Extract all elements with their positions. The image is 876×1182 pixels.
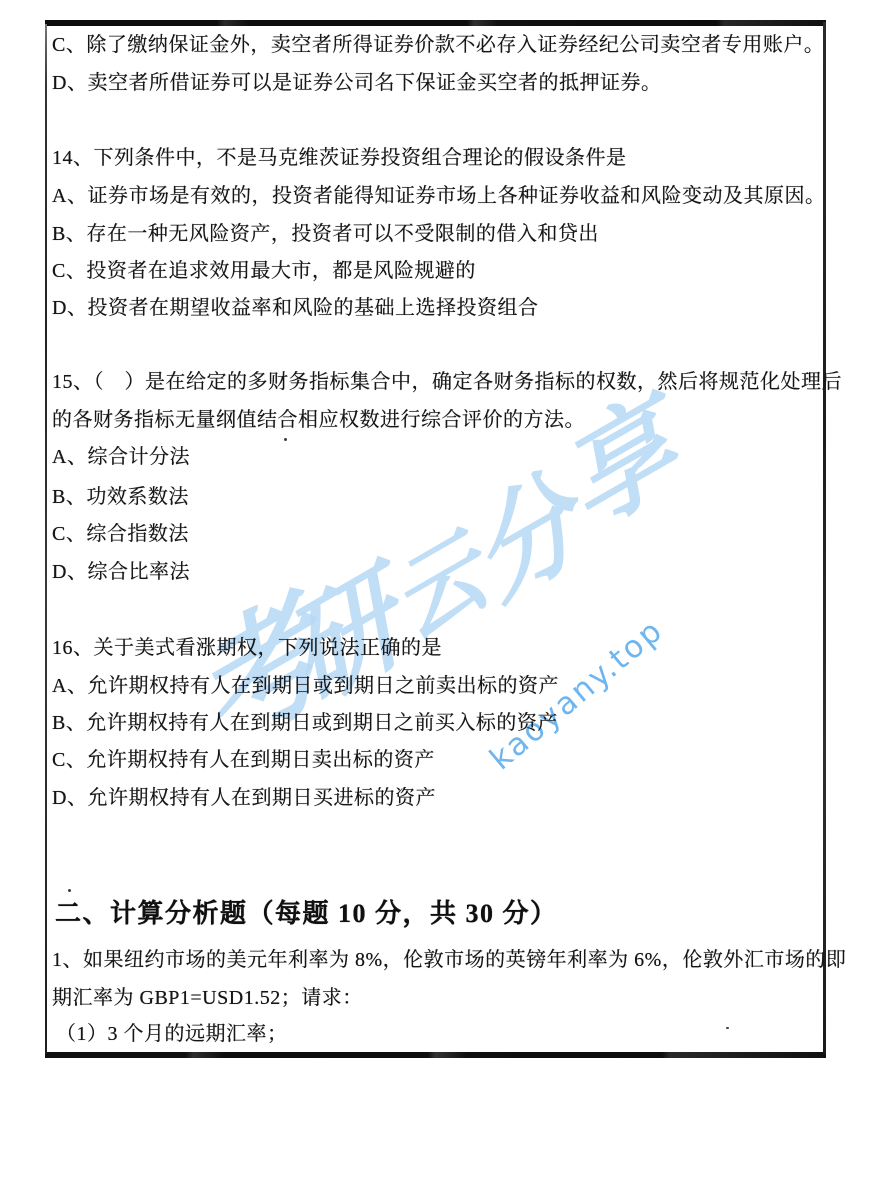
q14-option-c: C、投资者在追求效用最大市，都是风险规避的 bbox=[52, 259, 476, 283]
q15-stem-line1: 15、（ ）是在给定的多财务指标集合中，确定各财务指标的权数，然后将规范化处理后 bbox=[52, 370, 842, 394]
exam-content: C、除了缴纳保证金外，卖空者所得证券价款不必存入证券经纪公司卖空者专用账户。 D… bbox=[0, 0, 876, 1182]
q14-option-d: D、投资者在期望收益率和风险的基础上选择投资组合 bbox=[52, 296, 538, 320]
q15-option-a: A、综合计分法 bbox=[52, 445, 190, 469]
q13-option-c: C、除了缴纳保证金外，卖空者所得证券价款不必存入证券经纪公司卖空者专用账户。 bbox=[52, 33, 824, 57]
q14-option-a: A、证券市场是有效的，投资者能得知证券市场上各种证券收益和风险变动及其原因。 bbox=[52, 184, 825, 208]
q15-option-c: C、综合指数法 bbox=[52, 522, 189, 546]
q13-option-d: D、卖空者所借证券可以是证券公司名下保证金买空者的抵押证券。 bbox=[52, 71, 661, 95]
q15-stem-line2: 的各财务指标无量纲值结合相应权数进行综合评价的方法。 bbox=[52, 408, 585, 432]
q15-option-d: D、综合比率法 bbox=[52, 560, 190, 584]
section2-heading: 二、计算分析题（每题 10 分，共 30 分） bbox=[55, 893, 558, 930]
scan-speck bbox=[726, 1027, 729, 1029]
q14-option-b: B、存在一种无风险资产，投资者可以不受限制的借入和贷出 bbox=[52, 222, 599, 246]
q15-option-b: B、功效系数法 bbox=[52, 485, 189, 509]
q16-option-b: B、允许期权持有人在到期日或到期日之前买入标的资产 bbox=[52, 711, 558, 735]
calc-q1-line1: 1、如果纽约市场的美元年利率为 8%，伦敦市场的英镑年利率为 6%，伦敦外汇市场… bbox=[52, 948, 846, 972]
scanned-exam-page: 考 研 云 分 享 kaoyany.top C、除了缴纳保证金外，卖空者所得证券… bbox=[0, 0, 876, 1182]
calc-q1-subquestion1: （1）3 个月的远期汇率； bbox=[56, 1022, 288, 1046]
q16-option-c: C、允许期权持有人在到期日卖出标的资产 bbox=[52, 748, 435, 772]
q16-option-a: A、允许期权持有人在到期日或到期日之前卖出标的资产 bbox=[52, 674, 559, 698]
q14-stem: 14、下列条件中，不是马克维茨证券投资组合理论的假设条件是 bbox=[52, 146, 627, 170]
scan-speck bbox=[68, 889, 71, 892]
calc-q1-line2: 期汇率为 GBP1=USD1.52；请求： bbox=[52, 986, 363, 1010]
q16-stem: 16、关于美式看涨期权，下列说法正确的是 bbox=[52, 636, 442, 660]
q16-option-d: D、允许期权持有人在到期日买进标的资产 bbox=[52, 786, 436, 810]
scan-speck bbox=[284, 438, 287, 441]
